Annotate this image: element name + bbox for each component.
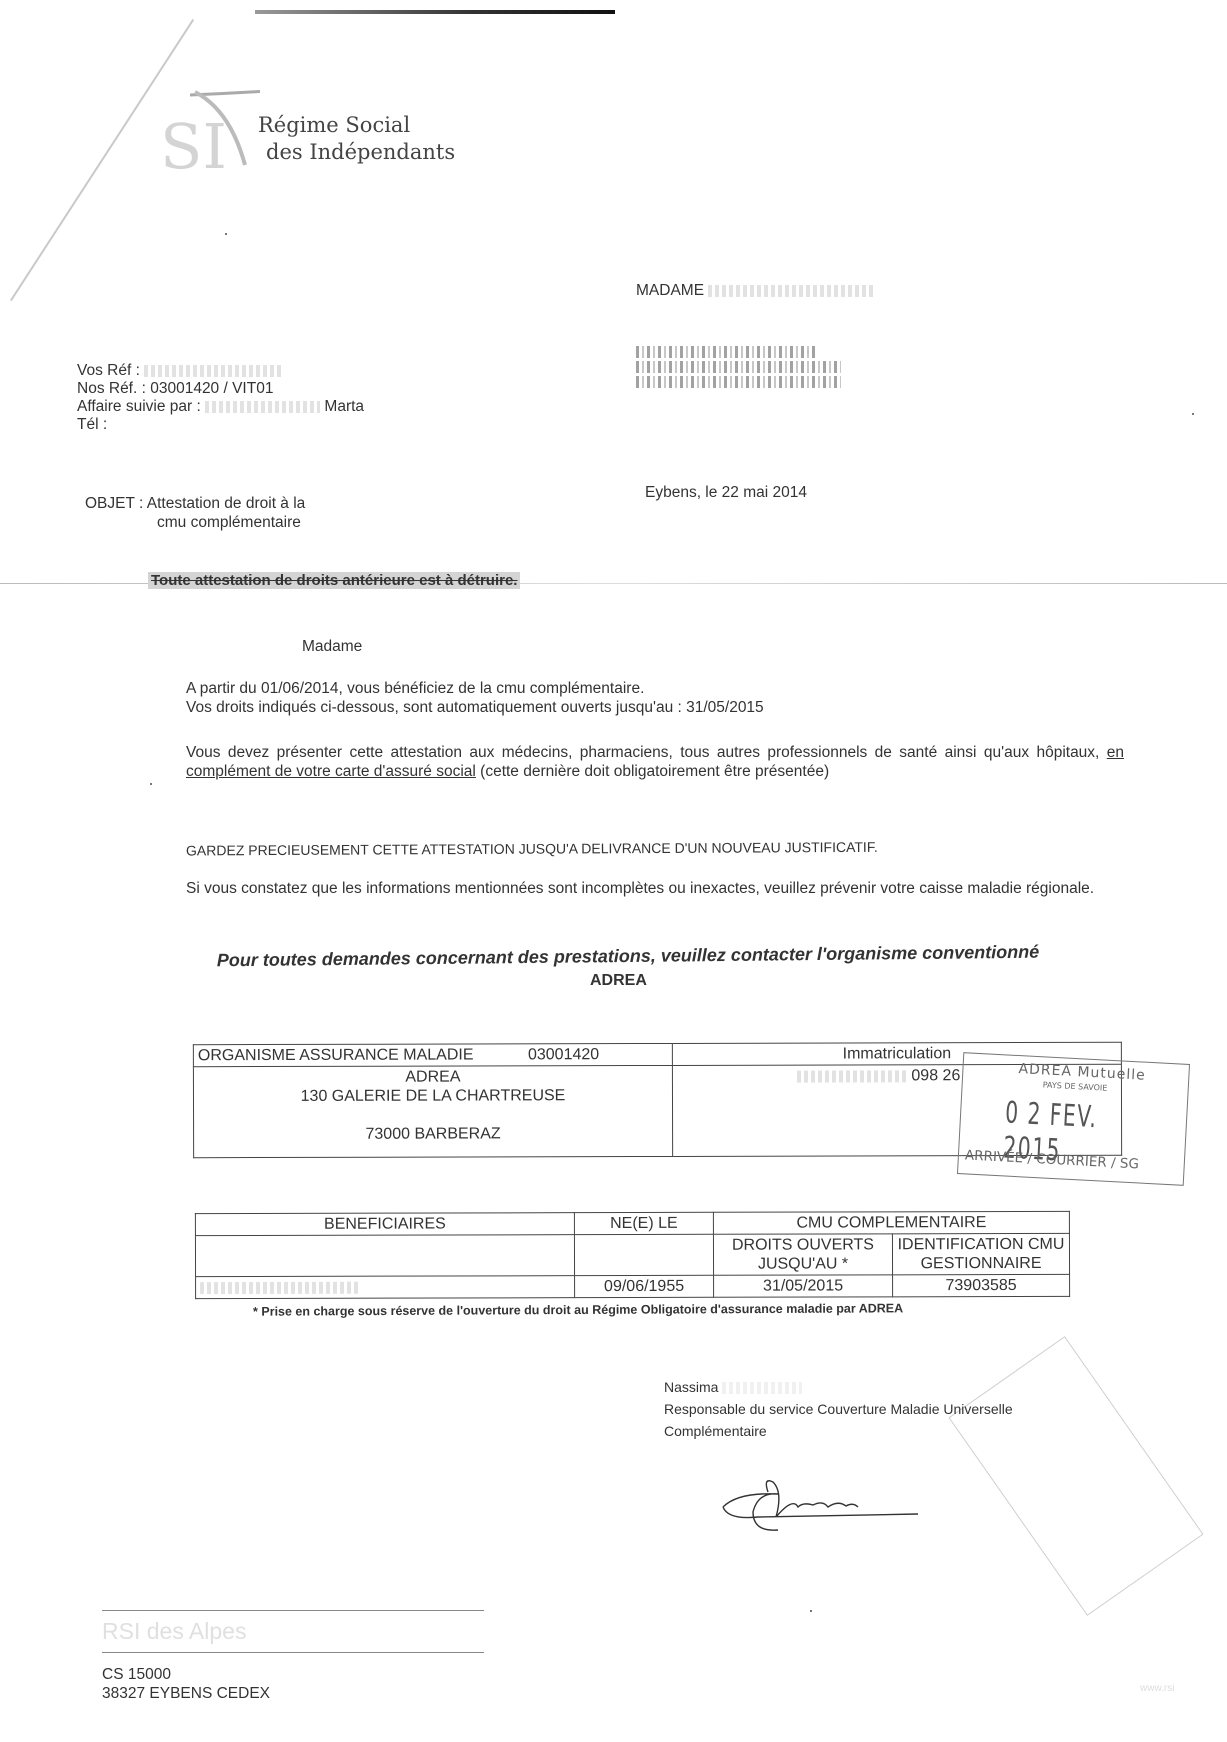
vos-ref-label: Vos Réf : [77, 362, 140, 379]
redacted-vos-ref [144, 365, 284, 377]
footnote: * Prise en charge sous réserve de l'ouve… [253, 1301, 903, 1318]
footer-divider [102, 1610, 484, 1611]
col-cmu-complementaire: CMU COMPLEMENTAIRE [713, 1211, 1069, 1234]
redacted-recipient [708, 285, 873, 297]
scan-speck [810, 1610, 812, 1612]
paragraph-rights: A partir du 01/06/2014, vous bénéficiez … [186, 679, 1124, 717]
tel-label: Tél : [77, 416, 364, 434]
cmu-id: 73903585 [893, 1274, 1070, 1296]
rsi-logo-icon: SI [120, 90, 260, 190]
beneficiaires-table: BENEFICIAIRES NE(E) LE CMU COMPLEMENTAIR… [195, 1211, 1070, 1299]
paragraph-keep: GARDEZ PRECIEUSEMENT CETTE ATTESTATION J… [186, 837, 1124, 861]
col-ne-le: NE(E) LE [574, 1212, 713, 1234]
redacted-name [205, 401, 320, 413]
paragraph-present: Vous devez présenter cette attestation a… [186, 743, 1124, 781]
scan-fold-edge [255, 10, 615, 14]
redacted-recipient-address [636, 346, 841, 391]
letter-date: Eybens, le 22 mai 2014 [645, 484, 807, 502]
paragraph-inform: Si vous constatez que les informations m… [186, 879, 1124, 898]
footer-corner-mark: www.rsi [1140, 1683, 1174, 1694]
signature-icon [718, 1472, 968, 1537]
scan-speck [150, 783, 152, 785]
footer-divider [102, 1652, 484, 1653]
table-row: 09/06/1955 31/05/2015 73903585 [196, 1274, 1070, 1298]
org-name: Régime Social des Indépendants [258, 112, 455, 166]
rights-end-date: 31/05/2015 [714, 1275, 893, 1297]
signatory-role: Responsable du service Couverture Maladi… [664, 1398, 1013, 1420]
destroy-notice-row: Toute attestation de droits antérieure e… [0, 572, 1227, 592]
col-identification: IDENTIFICATION CMU GESTIONNAIRE [892, 1233, 1069, 1274]
birth-date: 09/06/1955 [575, 1275, 714, 1297]
contact-organisation: ADREA [590, 972, 647, 990]
svg-text:SI: SI [160, 110, 227, 183]
salutation: Madame [302, 638, 362, 656]
footer-address: CS 15000 38327 EYBENS CEDEX [102, 1665, 270, 1703]
destroy-notice: Toute attestation de droits antérieure e… [148, 572, 520, 589]
col-beneficiaires: BENEFICIAIRES [195, 1213, 574, 1236]
reference-block: Vos Réf : Nos Réf. : 03001420 / VIT01 Af… [77, 362, 364, 434]
signatory-block: Nassima Responsable du service Couvertur… [664, 1376, 1013, 1442]
affaire-name: Marta [324, 398, 364, 415]
beneficiaire-name [196, 1276, 575, 1299]
col-droits-ouverts: DROITS OUVERTS JUSQU'AU * [713, 1234, 892, 1275]
organisme-address: ADREA 130 GALERIE DE LA CHARTREUSE 73000… [193, 1065, 672, 1157]
redacted-surname [722, 1382, 802, 1394]
recipient-name: MADAME [636, 282, 873, 300]
scan-speck [225, 233, 227, 235]
arrival-stamp: ADREA Mutuelle PAYS DE SAVOIE 0 2 FEV. 2… [957, 1052, 1190, 1186]
nos-ref: Nos Réf. : 03001420 / VIT01 [77, 380, 364, 398]
redacted-beneficiary [200, 1281, 360, 1293]
contact-notice: Pour toutes demandes concernant des pres… [148, 941, 1108, 972]
redacted-immatriculation [797, 1070, 907, 1082]
signatory-name: Nassima [664, 1379, 718, 1395]
footer-office-name: RSI des Alpes [102, 1618, 246, 1645]
affaire-label: Affaire suivie par : [77, 398, 201, 415]
organisme-header: ORGANISME ASSURANCE MALADIE 03001420 [193, 1043, 672, 1066]
subject: OBJET : Attestation de droit à la cmu co… [85, 494, 305, 532]
scan-speck [1192, 413, 1194, 415]
